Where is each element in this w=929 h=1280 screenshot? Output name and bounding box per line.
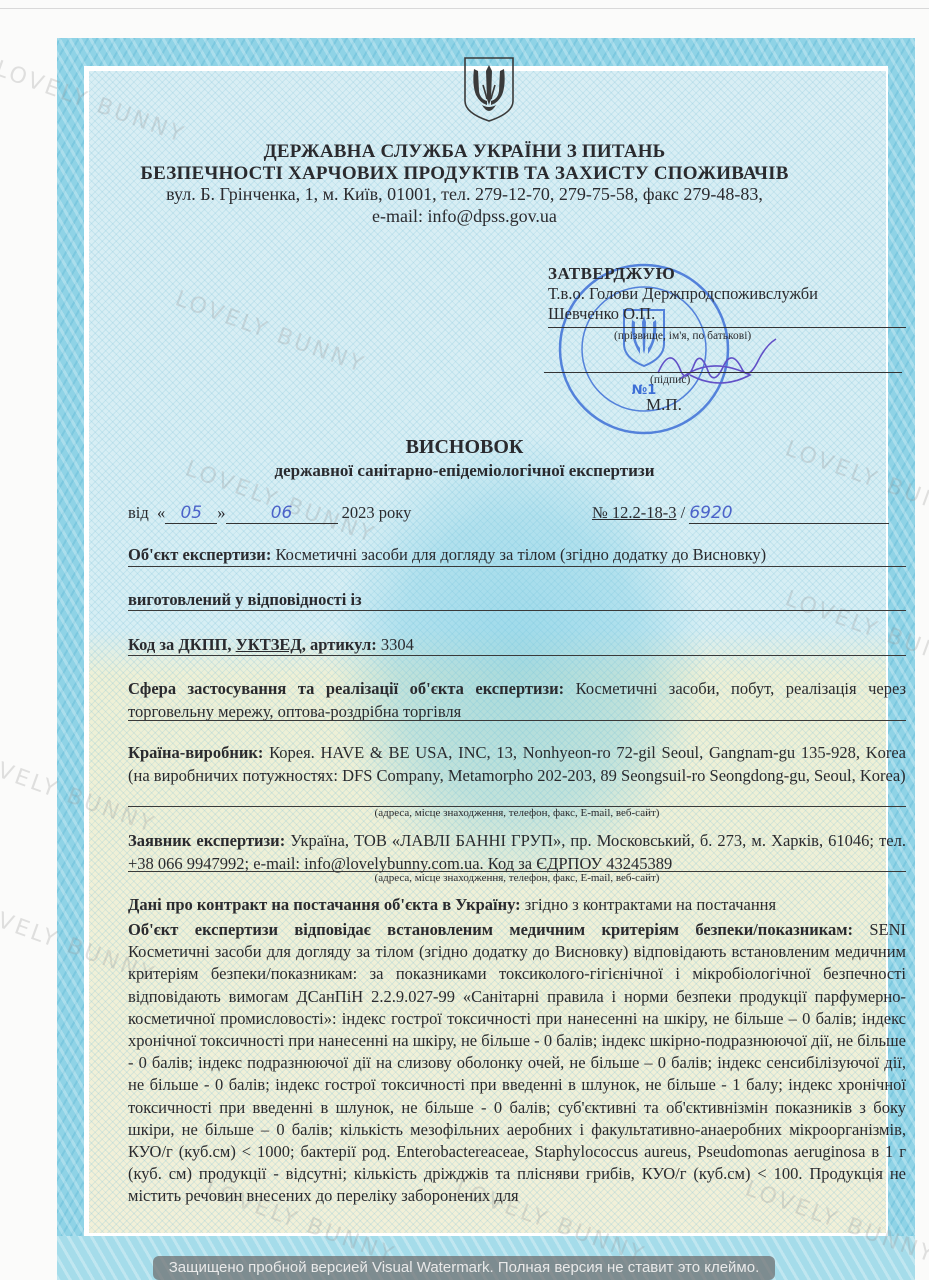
- signature-hint: (підпис): [650, 374, 690, 386]
- document-number: № 12.2-18-3 / 6920: [592, 503, 889, 524]
- document-subtitle: державної санітарно-епідеміологічної екс…: [0, 461, 929, 481]
- field-underline: [128, 610, 906, 611]
- guilloche-rosette: [329, 431, 709, 891]
- approver-position: Т.в.о. Голови Держпродспоживслужби: [548, 284, 908, 304]
- field-underline: [128, 655, 906, 656]
- field-value: Косметичні засоби для догляду за тілом (…: [275, 545, 766, 564]
- approval-title: ЗАТВЕРДЖУЮ: [548, 264, 908, 284]
- date-day: 05: [165, 503, 217, 524]
- field-object: Об'єкт експертизи: Косметичні засоби для…: [128, 543, 906, 566]
- field-label: Об'єкт експертизи:: [128, 545, 271, 564]
- page-edge: [0, 8, 929, 9]
- field-scope: Сфера застосування та реалізації об'єкта…: [128, 677, 906, 723]
- signature-underline: [544, 372, 902, 373]
- field-hint: (адреса, місце знаходження, телефон, фак…: [128, 872, 906, 884]
- date-month: 06: [226, 503, 338, 524]
- field-label: виготовлений у відповідності із: [128, 590, 362, 609]
- document-number-value: 6920: [689, 503, 889, 524]
- field-applicant: Заявник експертизи: Україна, ТОВ «ЛАВЛІ …: [128, 829, 906, 875]
- field-code: Код за ДКПП, УКТЗЕД, артикул: 3304: [128, 633, 906, 656]
- field-manufacturer: Країна-виробник: Корея. HAVE & BE USA, I…: [128, 741, 906, 787]
- signature-icon: [650, 335, 780, 395]
- org-email: e-mail: info@dpss.gov.ua: [0, 206, 929, 227]
- trial-watermark-banner: Защищено пробной версией Visual Watermar…: [153, 1256, 775, 1280]
- field-contract: Дані про контракт на постачання об'єкта …: [128, 893, 906, 916]
- document-title: ВИСНОВОК: [0, 436, 929, 459]
- field-label: Сфера застосування та реалізації об'єкта…: [128, 679, 564, 698]
- field-underline: [128, 566, 906, 567]
- org-name-line-2: БЕЗПЕЧНОСТІ ХАРЧОВИХ ПРОДУКТІВ ТА ЗАХИСТ…: [0, 163, 929, 185]
- field-value: згідно з контрактами на постачання: [525, 895, 776, 914]
- org-name-line-1: ДЕРЖАВНА СЛУЖБА УКРАЇНИ З ПИТАНЬ: [0, 141, 929, 163]
- approver-name: Шевченко О.П.: [548, 304, 908, 324]
- field-compliance: Об'єкт експертизи відповідає встановлени…: [128, 919, 906, 1208]
- document-date: від «05»06 2023 року: [128, 503, 411, 524]
- seal-mark: М.П.: [646, 395, 682, 415]
- field-label: Країна-виробник:: [128, 743, 263, 762]
- ukraine-trident-icon: [462, 55, 516, 123]
- field-underline: [128, 720, 906, 721]
- approval-block: ЗАТВЕРДЖУЮ Т.в.о. Голови Держпродспоживс…: [548, 264, 908, 324]
- field-value: SENI Косметичні засоби для догляду за ті…: [128, 920, 906, 1205]
- field-label: Об'єкт експертизи відповідає встановлени…: [128, 920, 853, 939]
- field-made-per: виготовлений у відповідності із: [128, 588, 906, 611]
- name-hint: (прізвище, ім'я, по батькові): [614, 330, 751, 342]
- org-address: вул. Б. Грінченка, 1, м. Київ, 01001, те…: [0, 184, 929, 205]
- field-hint: (адреса, місце знаходження, телефон, фак…: [128, 807, 906, 819]
- field-label: Дані про контракт на постачання об'єкта …: [128, 895, 521, 914]
- field-value: 3304: [381, 635, 414, 654]
- name-underline: [548, 327, 906, 328]
- field-label: Заявник експертизи:: [128, 831, 285, 850]
